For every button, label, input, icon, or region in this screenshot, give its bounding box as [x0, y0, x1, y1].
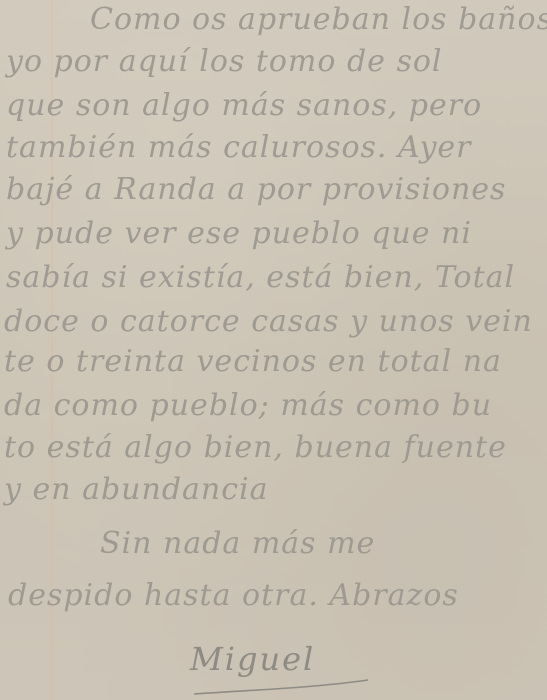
letter-line-6: y pude ver ese pueblo que ni [6, 216, 472, 251]
letter-line-11: to está algo bien, buena fuente [4, 430, 507, 465]
letter-line-8: doce o catorce casas y unos vein [4, 304, 533, 339]
letter-line-12: y en abundancia [4, 472, 269, 507]
letter-line-1: Como os aprueban los baños, [90, 2, 547, 37]
signature: Miguel [190, 640, 315, 678]
letter-line-13: Sin nada más me [100, 526, 375, 561]
letter-line-3: que son algo más sanos, pero [6, 88, 482, 123]
letter-line-14: despido hasta otra. Abrazos [8, 578, 459, 613]
letter-line-7: sabía si existía, está bien, Total [6, 260, 515, 295]
letter-line-9: te o treinta vecinos en total na [4, 344, 502, 379]
letter-line-5: bajé a Randa a por provisiones [6, 172, 506, 207]
letter-page: Como os aprueban los baños, yo por aquí … [0, 0, 547, 700]
letter-line-10: da como pueblo; más como bu [4, 388, 492, 423]
letter-line-4: también más calurosos. Ayer [6, 130, 472, 165]
letter-line-2: yo por aquí los tomo de sol [6, 44, 443, 79]
signature-underline-icon [192, 678, 372, 698]
